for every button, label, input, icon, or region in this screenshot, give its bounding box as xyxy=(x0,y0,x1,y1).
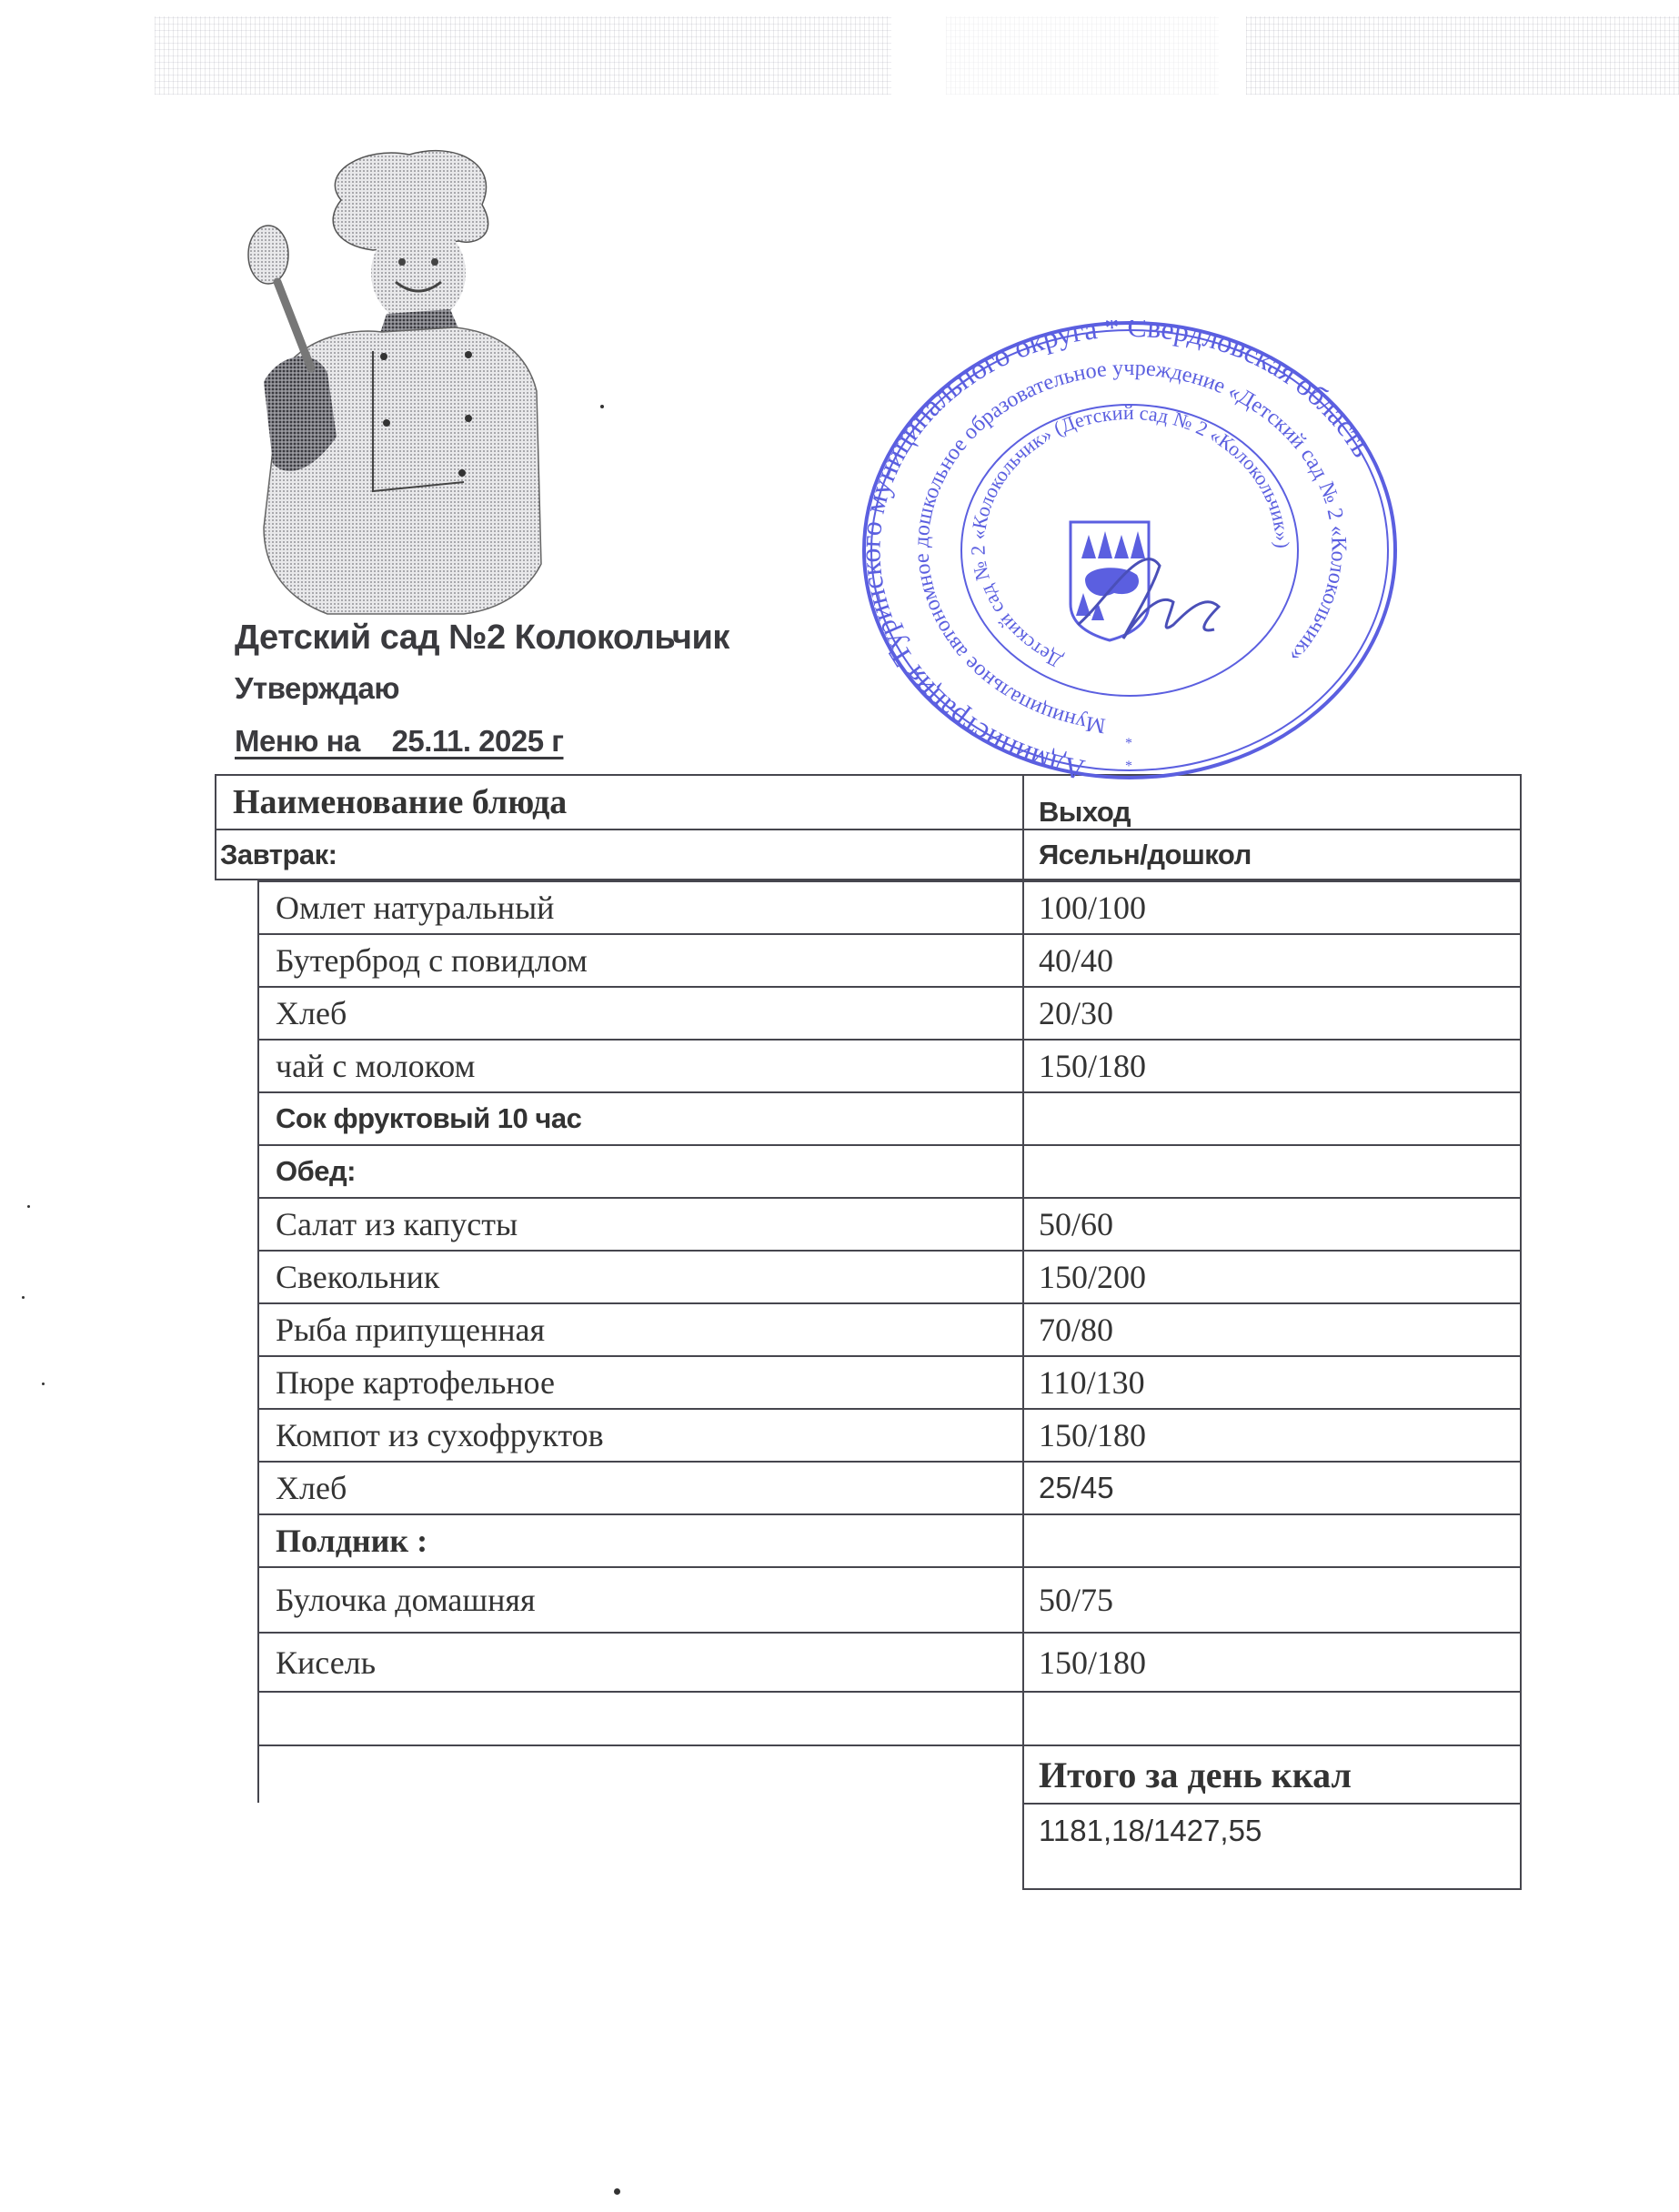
dish-output: 50/75 xyxy=(1022,1568,1522,1632)
dish-output: 110/130 xyxy=(1022,1357,1522,1408)
dish-output xyxy=(1022,1093,1522,1144)
dish-output: 150/180 xyxy=(1022,1410,1522,1461)
table-row: Омлет натуральный100/100 xyxy=(257,880,1522,933)
dish-output: 25/45 xyxy=(1022,1463,1522,1513)
table-row xyxy=(257,1691,1522,1744)
dish-output xyxy=(1022,1515,1522,1566)
dish-output: 70/80 xyxy=(1022,1304,1522,1355)
breakfast-label: Завтрак: xyxy=(215,830,1022,879)
table-row: Полдник : xyxy=(257,1513,1522,1566)
dish-output: 150/200 xyxy=(1022,1252,1522,1302)
table-subheader-row: Завтрак: Ясельн/дошкол xyxy=(215,829,1522,880)
table-row: Хлеб20/30 xyxy=(257,986,1522,1039)
scan-noise xyxy=(1246,16,1679,95)
portion-groups-label: Ясельн/дошкол xyxy=(1022,830,1522,879)
table-row: Булочка домашняя50/75 xyxy=(257,1566,1522,1632)
table-row: Итого за день ккал xyxy=(257,1744,1522,1803)
dish-name: Свекольник xyxy=(257,1252,1022,1302)
menu-date: Меню на 25.11. 2025 г xyxy=(235,724,564,759)
dish-output: 150/180 xyxy=(1022,1041,1522,1091)
table-row: Сок фруктовый 10 час xyxy=(257,1091,1522,1144)
dish-output: 100/100 xyxy=(1022,882,1522,933)
dish-name: Компот из сухофруктов xyxy=(257,1410,1022,1461)
scan-noise xyxy=(946,16,1219,95)
dish-name: Хлеб xyxy=(257,988,1022,1039)
table-row: Пюре картофельное110/130 xyxy=(257,1355,1522,1408)
dish-name: Рыба припущенная xyxy=(257,1304,1022,1355)
table-row: Кисель150/180 xyxy=(257,1632,1522,1691)
table-row: чай с молоком150/180 xyxy=(257,1039,1522,1091)
dish-output xyxy=(1022,1693,1522,1744)
table-row: Свекольник150/200 xyxy=(257,1250,1522,1302)
dish-name: Омлет натуральный xyxy=(257,882,1022,933)
dish-name: Сок фруктовый 10 час xyxy=(257,1093,1022,1144)
scan-speck xyxy=(614,2188,620,2195)
dish-name: Бутерброд с повидлом xyxy=(257,935,1022,986)
scan-speck xyxy=(600,405,604,408)
scan-noise xyxy=(155,16,891,95)
dish-name: Полдник : xyxy=(257,1515,1022,1566)
svg-text:*: * xyxy=(1125,736,1132,751)
dish-output: 40/40 xyxy=(1022,935,1522,986)
dish-name xyxy=(257,1746,1022,1803)
dish-name: Салат из капусты xyxy=(257,1199,1022,1250)
table-row: Салат из капусты50/60 xyxy=(257,1197,1522,1250)
dish-output: 50/60 xyxy=(1022,1199,1522,1250)
scan-speck xyxy=(22,1296,25,1299)
kindergarten-title: Детский сад №2 Колокольчик xyxy=(235,618,729,658)
official-stamp: Администрация Туринского муниципального … xyxy=(860,320,1401,789)
scan-speck xyxy=(27,1205,30,1208)
dish-name xyxy=(257,1693,1022,1744)
dish-output: 20/30 xyxy=(1022,988,1522,1039)
table-row: Хлеб25/45 xyxy=(257,1461,1522,1513)
scan-speck xyxy=(42,1382,45,1385)
dish-output: Итого за день ккал xyxy=(1022,1746,1522,1803)
dish-output: 150/180 xyxy=(1022,1634,1522,1691)
table-row: Обед: xyxy=(257,1144,1522,1197)
dish-name: Обед: xyxy=(257,1146,1022,1197)
approve-label: Утверждаю xyxy=(235,671,399,706)
dish-name: Пюре картофельное xyxy=(257,1357,1022,1408)
table-row: Бутерброд с повидлом40/40 xyxy=(257,933,1522,986)
dish-name: Булочка домашняя xyxy=(257,1568,1022,1632)
svg-text:*: * xyxy=(1125,759,1132,774)
table-row: Рыба припущенная70/80 xyxy=(257,1302,1522,1355)
chef-illustration xyxy=(227,136,573,628)
total-value-row: 1181,18/1427,55 xyxy=(1022,1803,1522,1890)
dish-name: Кисель xyxy=(257,1634,1022,1691)
dish-output xyxy=(1022,1146,1522,1197)
total-kcal-value: 1181,18/1427,55 xyxy=(1022,1805,1522,1888)
dish-name: чай с молоком xyxy=(257,1041,1022,1091)
dish-name: Хлеб xyxy=(257,1463,1022,1513)
table-row: Компот из сухофруктов150/180 xyxy=(257,1408,1522,1461)
